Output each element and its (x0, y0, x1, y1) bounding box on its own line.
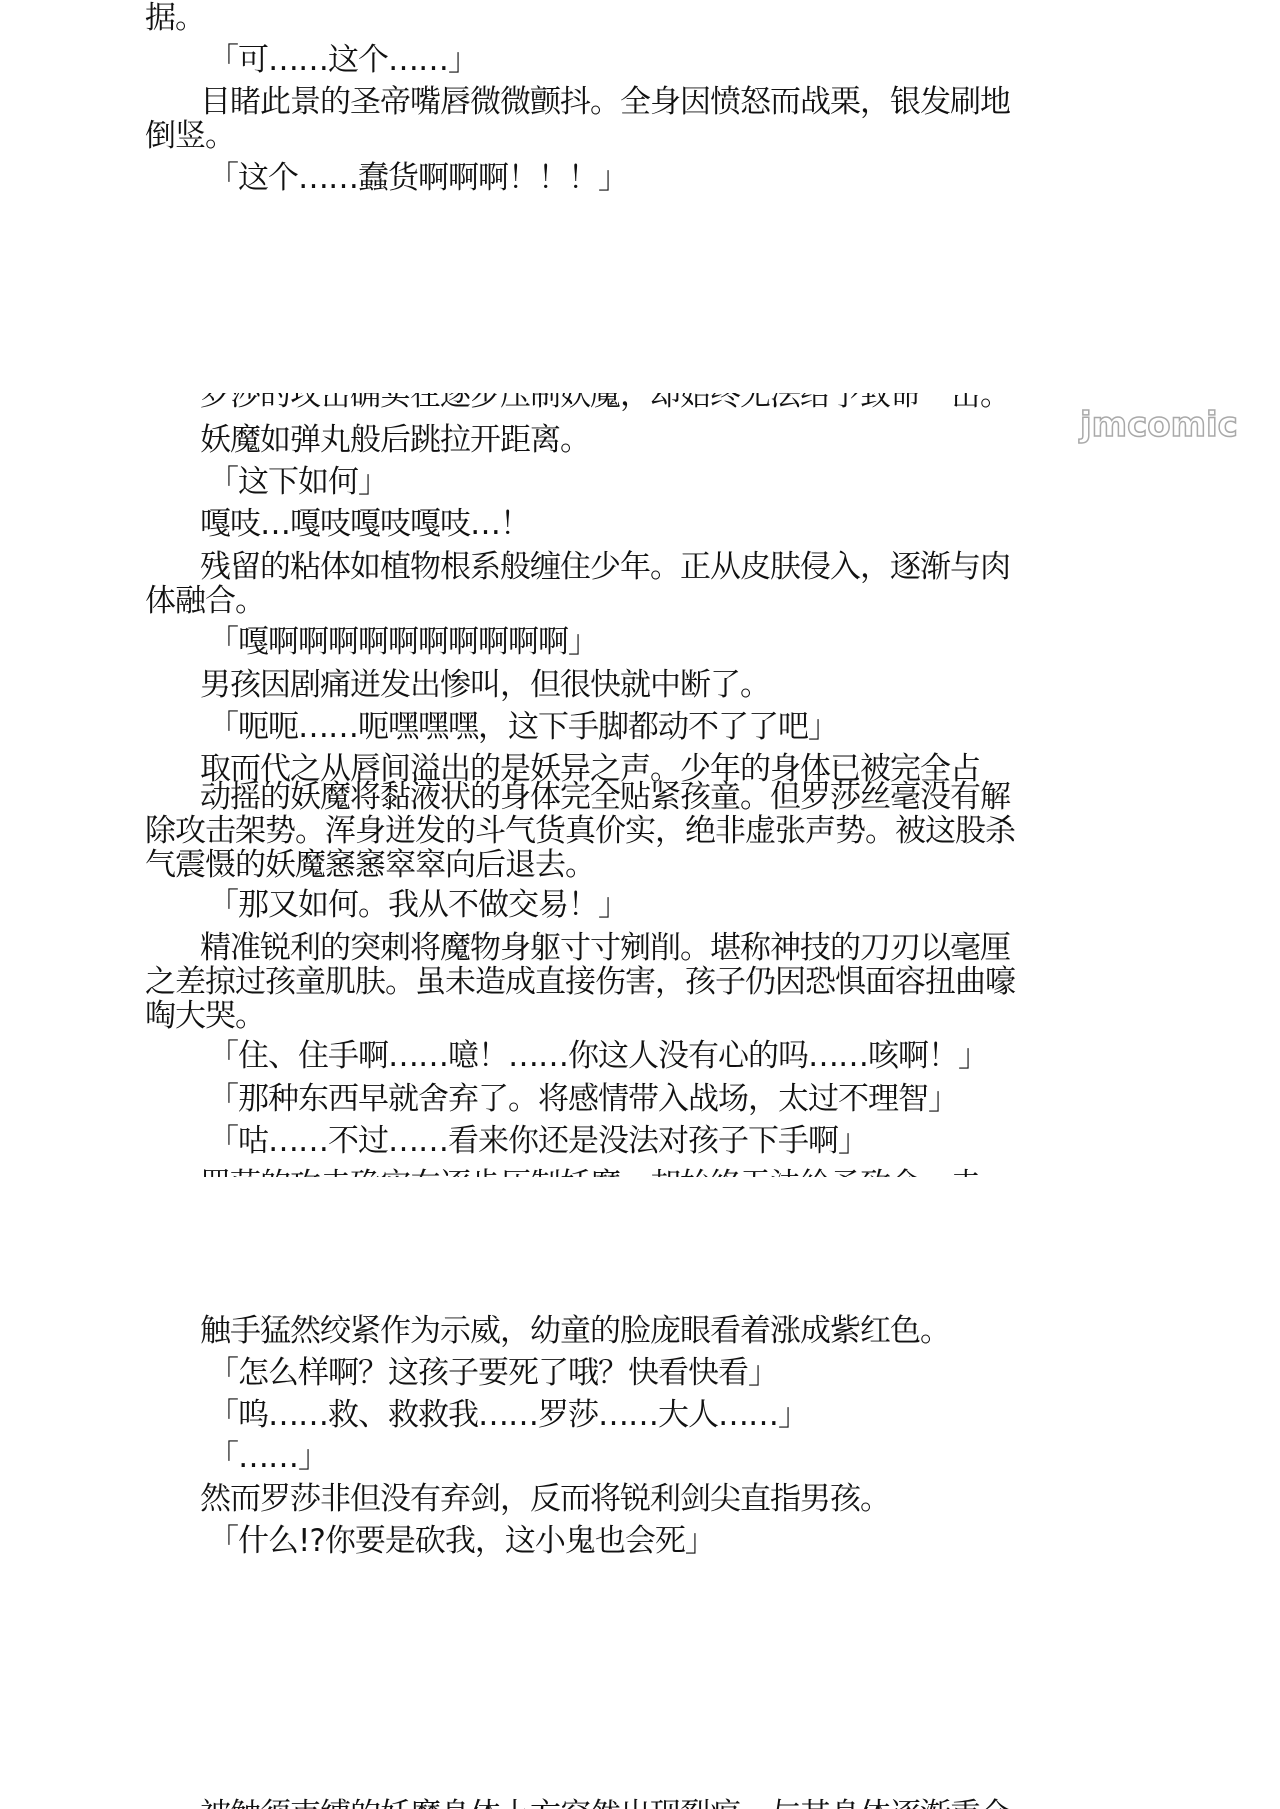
paragraph-line: 男孩因剧痛迸发出惨叫，但很快就中断了。 (200, 667, 770, 703)
paragraph-line-cut: 被触须束缚的妖魔身体上方突然出现裂痕，与其身体逐渐重合 (200, 1797, 1010, 1809)
dialogue-line: 「呃呃……呃嘿嘿嘿，这下手脚都动不了了吧」 (208, 709, 838, 745)
paragraph-line: 精准锐利的突刺将魔物身躯寸寸剜削。堪称神技的刀刃以毫厘 (200, 930, 1010, 966)
dialogue-line: 「怎么样啊？这孩子要死了哦？快看快看」 (208, 1355, 778, 1391)
paragraph-line: 倒竖。 (145, 118, 235, 154)
dialogue-line: 「住、住手啊……噫！……你这人没有心的吗……咳啊！」 (208, 1038, 988, 1074)
paragraph-line: 残留的粘体如植物根系般缠住少年。正从皮肤侵入，逐渐与肉 (200, 549, 1010, 585)
paragraph-line: 触手猛然绞紧作为示威，幼童的脸庞眼看着涨成紫红色。 (200, 1313, 950, 1349)
dialogue-line: 「可……这个……」 (208, 42, 478, 78)
dialogue-line: 「这下如何」 (208, 464, 388, 500)
dialogue-line: 「那又如何。我从不做交易！」 (208, 887, 628, 923)
paragraph-line: 妖魔如弹丸般后跳拉开距离。 (200, 422, 590, 458)
paragraph-line: 嘎吱…嘎吱嘎吱嘎吱…！ (200, 506, 530, 542)
paragraph-line-cut: 罗莎的攻击确实在逐步压制妖魔，却始终无法给予致命一击。 (200, 1167, 1010, 1177)
jmcomic-watermark-logo: jmcomic (1080, 405, 1238, 445)
dialogue-line: 「这个……蠢货啊啊啊！！！」 (208, 160, 628, 196)
paragraph-line: 然而罗莎非但没有弃剑，反而将锐利剑尖直指男孩。 (200, 1481, 890, 1517)
dialogue-line: 「那种东西早就舍弃了。将感情带入战场，太过不理智」 (208, 1081, 958, 1117)
dialogue-line: 「咕……不过……看来你还是没法对孩子下手啊」 (208, 1123, 868, 1159)
paragraph-line: 目睹此景的圣帝嘴唇微微颤抖。全身因愤怒而战栗，银发刷地 (200, 84, 1010, 120)
paragraph-line: 据。 (145, 0, 205, 36)
dialogue-line: 「嘎啊啊啊啊啊啊啊啊啊啊」 (208, 624, 598, 660)
paragraph-line: 动摇的妖魔将黏液状的身体完全贴紧孩童。但罗莎丝毫没有解 (200, 779, 1010, 815)
paragraph-line: 之差掠过孩童肌肤。虽未造成直接伤害，孩子仍因恐惧面容扭曲嚎 (145, 964, 1015, 1000)
paragraph-line-text: 罗莎的攻击确实在逐步压制妖魔，却始终无法给予致命一击。 (200, 393, 1010, 413)
paragraph-line-cut: 罗莎的攻击确实在逐步压制妖魔，却始终无法给予致命一击。 (200, 393, 1010, 413)
dialogue-line: 「……」 (208, 1439, 328, 1475)
dialogue-line: 「呜……救、救救我……罗莎……大人……」 (208, 1397, 808, 1433)
paragraph-line: 除攻击架势。浑身迸发的斗气货真价实，绝非虚张声势。被这股杀 (145, 813, 1015, 849)
paragraph-line: 体融合。 (145, 583, 265, 619)
dialogue-line: 「什么!?你要是砍我，这小鬼也会死」 (208, 1523, 715, 1559)
paragraph-line: 啕大哭。 (145, 998, 265, 1034)
paragraph-line: 气震慑的妖魔窸窸窣窣向后退去。 (145, 847, 595, 883)
